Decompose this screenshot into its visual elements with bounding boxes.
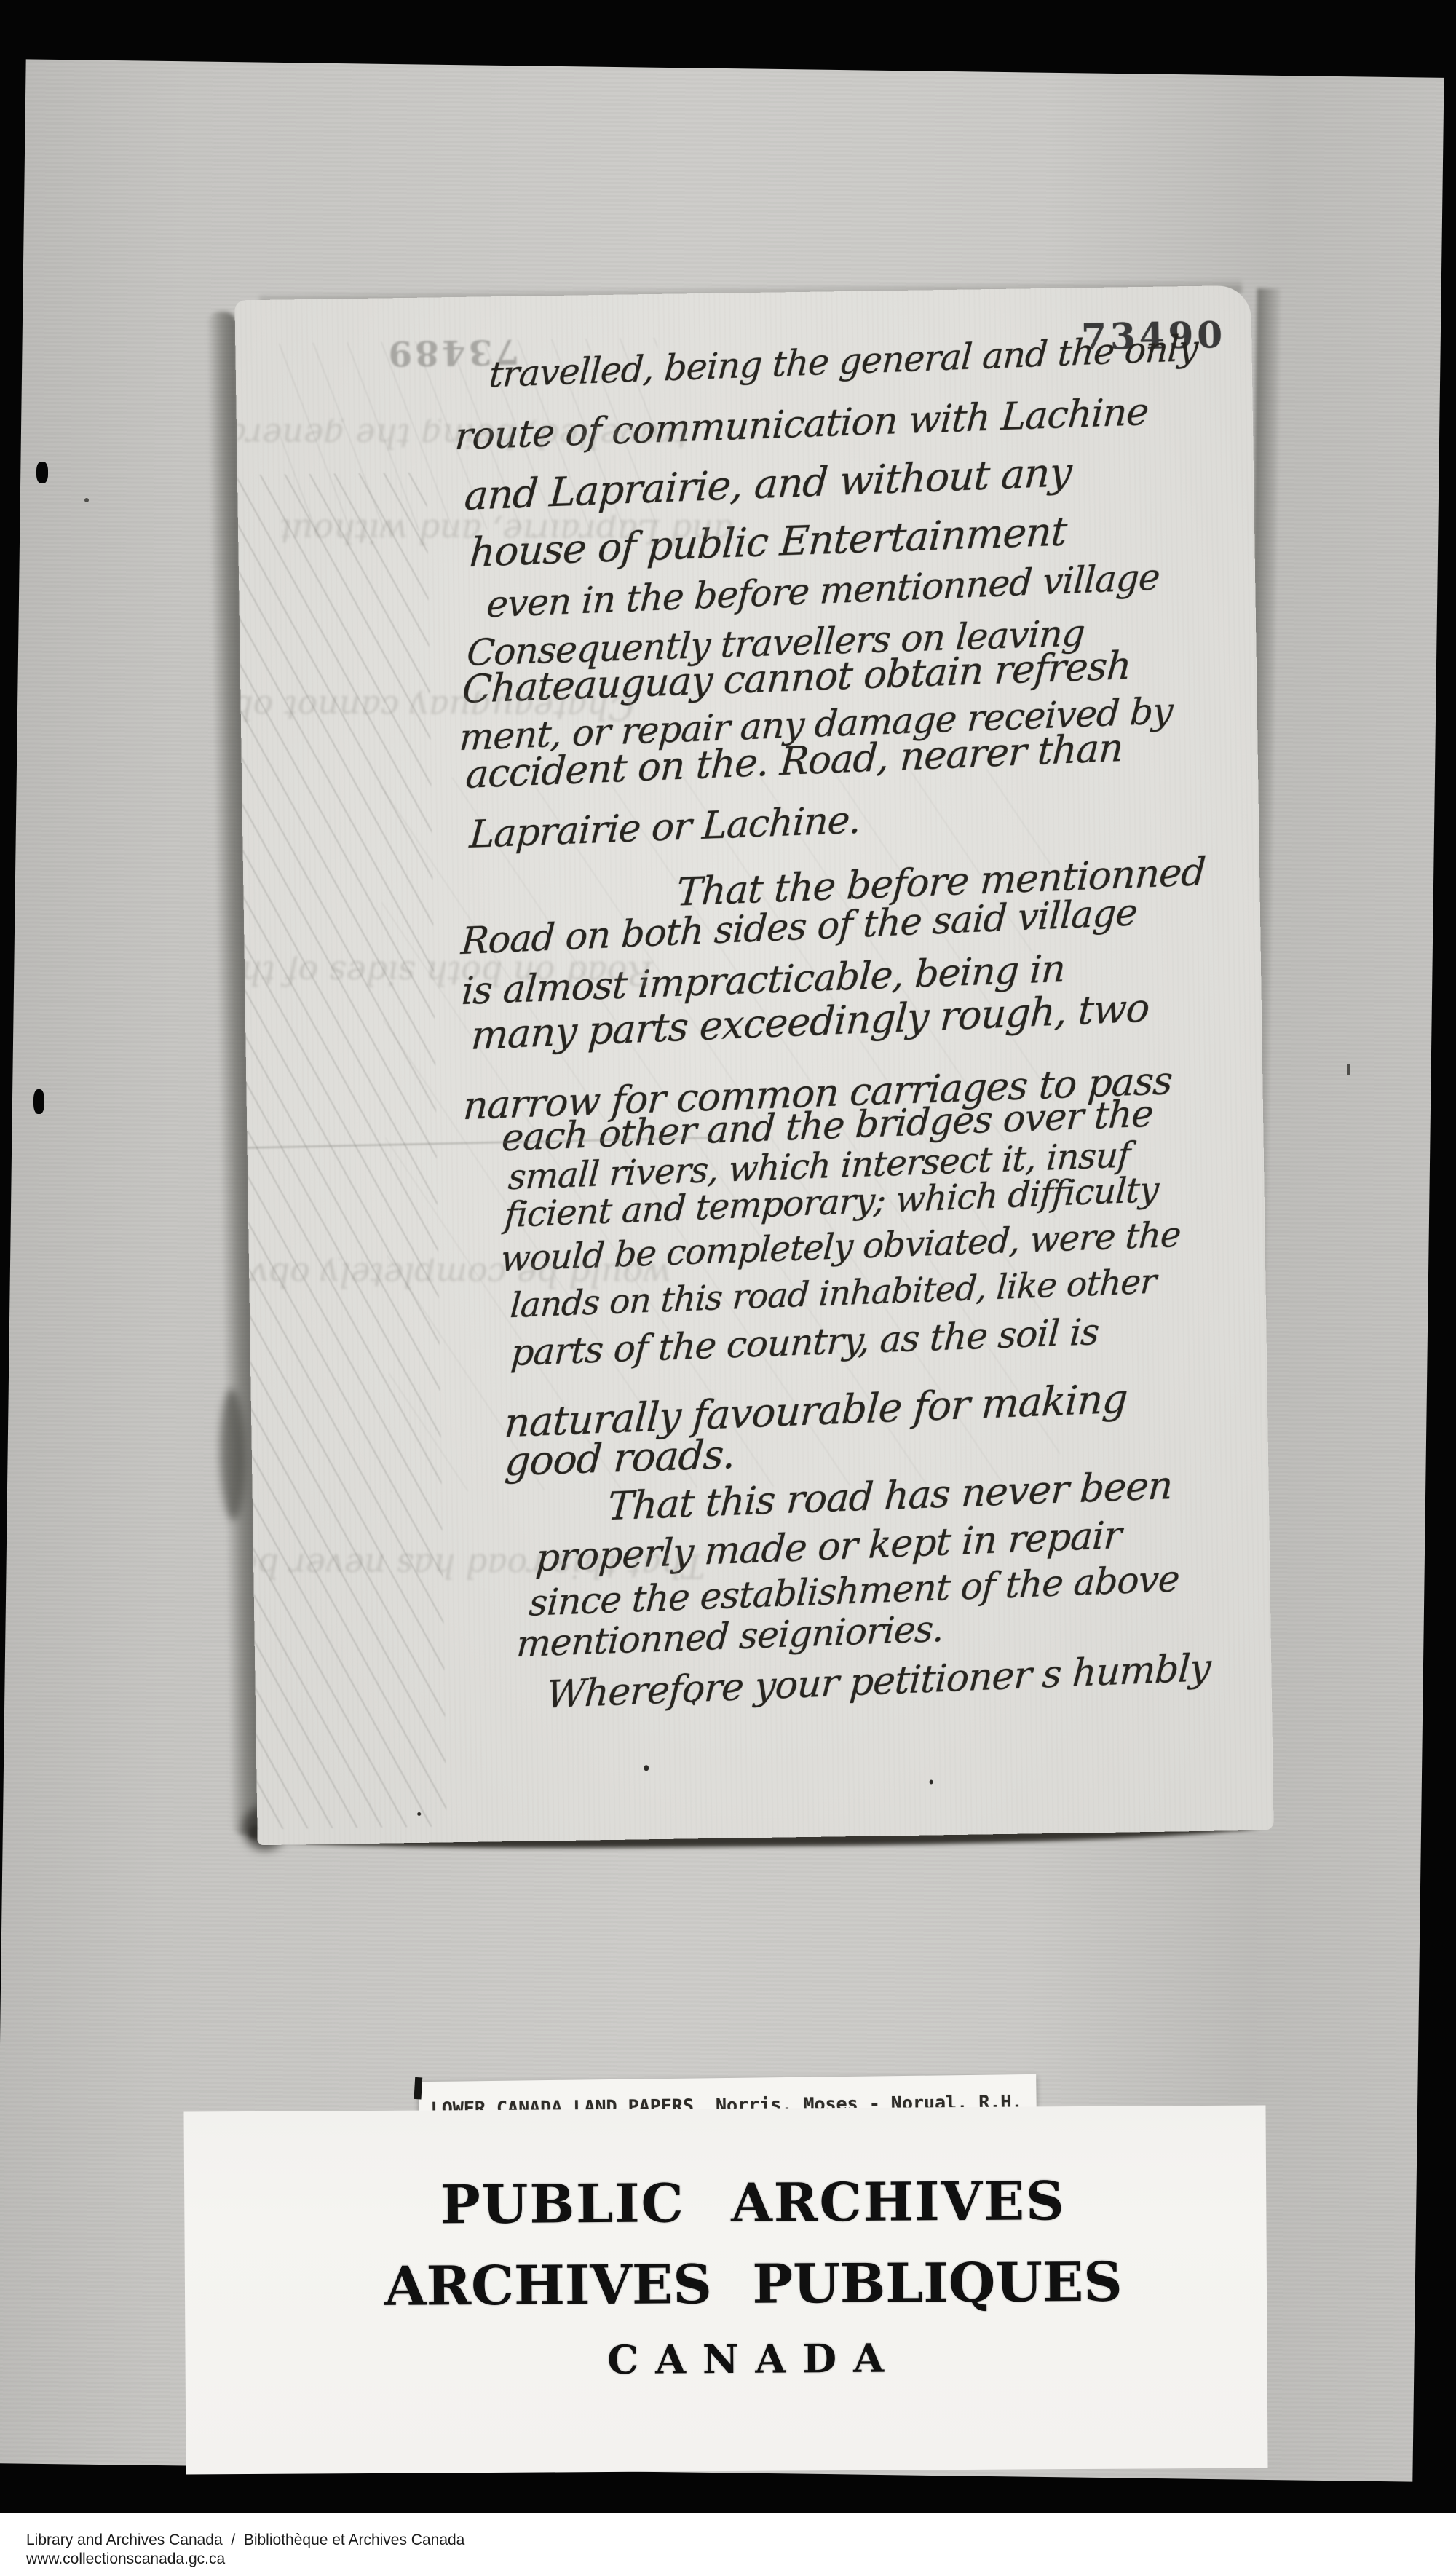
bleedthrough-line: That this road has never been	[253, 1549, 705, 1583]
film-edge-notch	[33, 1089, 44, 1114]
footer-attribution-block: Library and Archives Canada / Bibliothèq…	[26, 2531, 464, 2569]
manuscript-page: 73489 73490 travelled, being the general…	[234, 285, 1273, 1845]
dust-speck	[84, 498, 89, 502]
public-archives-stamp-card: PUBLIC ARCHIVES ARCHIVES PUBLIQUES CANAD…	[183, 2105, 1267, 2474]
footer-bar: Library and Archives Canada / Bibliothèq…	[0, 2513, 1456, 2576]
stamp-line-french: ARCHIVES PUBLIQUES	[213, 2254, 1294, 2315]
bleedthrough-line: would be completely obviated, were the	[234, 1258, 671, 1292]
bleedthrough-line: travelled, being the general and the onl…	[237, 419, 688, 454]
dust-speck	[1347, 1064, 1350, 1075]
film-edge-notch	[36, 462, 48, 483]
footer-attribution: Library and Archives Canada / Bibliothèq…	[26, 2531, 464, 2550]
manuscript-line: good roads.	[504, 1434, 737, 1482]
stamp-card-text: PUBLIC ARCHIVES ARCHIVES PUBLIQUES CANAD…	[211, 2105, 1294, 2382]
bleedthrough-line: and Laprairie, and without any	[282, 515, 733, 549]
stamp-line-english: PUBLIC ARCHIVES	[212, 2173, 1294, 2233]
stamp-line-canada: CANADA	[213, 2336, 1294, 2382]
bleedthrough-line: Chateauguay cannot obtain refresh	[234, 691, 633, 725]
scanned-document-view: 73489 73490 travelled, being the general…	[0, 0, 1456, 2576]
label-edge-mark	[414, 2077, 423, 2100]
ink-speck	[930, 1779, 933, 1784]
footer-url: www.collectionscanada.gc.ca	[26, 2550, 464, 2569]
ink-speck	[692, 1699, 695, 1705]
bleedthrough-line: Road on both sides of the said village	[234, 956, 652, 990]
ink-speck	[644, 1765, 649, 1771]
ink-speck	[417, 1812, 421, 1816]
